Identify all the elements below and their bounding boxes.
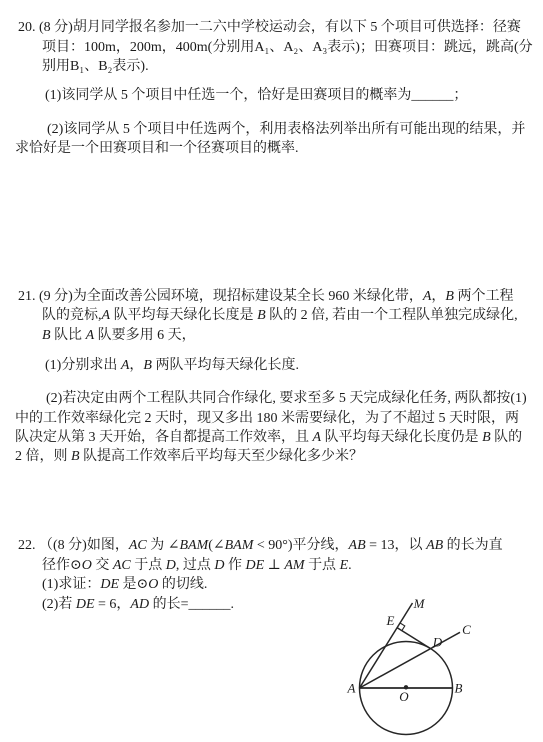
q20-part1: (1)该同学从 5 个项目中任选一个，恰好是田赛项目的概率为______； — [45, 87, 467, 104]
q22-part2: (2)若 DE = 6，AD 的长=______. — [42, 596, 234, 613]
label-c: C — [462, 622, 471, 637]
q22-line-1: 22. （(8 分)如图，AC 为 ∠BAM(∠BAM < 90°)平分线，AB… — [18, 537, 503, 554]
q21-part2: (2)若决定由两个工程队共同合作绿化, 要求至多 5 天完成绿化任务, 两队都按… — [46, 390, 527, 407]
q21-line-2: 队的竞标,A 队平均每天绿化长度是 B 队的 2 倍, 若由一个工程队单独完成绿… — [42, 307, 518, 324]
q22-line-2: 径作⊙O 交 AC 于点 D, 过点 D 作 DE ⊥ AM 于点 E. — [42, 557, 352, 574]
ray-ac — [360, 632, 461, 688]
q20-part2-cont: 求恰好是一个田赛项目和一个径赛项目的概率. — [15, 140, 299, 157]
q21-line-1: 21. (9 分)为全面改善公园环境，现招标建设某全长 960 米绿化带，A，B… — [18, 288, 513, 305]
q20-line-2: 项目：100m，200m，400m(分别用A₁、A₂、A₃表示)；田赛项目：跳远… — [42, 39, 533, 56]
q20-line-1: 20. (8 分)胡月同学报名参加一二六中学校运动会，有以下 5 个项目可供选择… — [18, 19, 521, 36]
q21-part2-cont-2: 队决定从第 3 天开始，各自都提高工作效率，且 A 队平均每天绿化长度仍是 B … — [15, 429, 522, 446]
q21-line-3: B 队比 A 队要多用 6 天， — [42, 327, 196, 344]
label-m: M — [413, 596, 426, 611]
label-o: O — [399, 689, 409, 704]
label-b: B — [455, 681, 463, 696]
segment-de — [397, 628, 430, 649]
q22-part1: (1)求证：DE 是⊙O 的切线. — [42, 576, 207, 593]
q21-part2-cont-3: 2 倍，则 B 队提高工作效率后平均每天至少绿化多少米？ — [15, 448, 363, 465]
geometry-figure: M E D C A O B — [330, 595, 525, 742]
label-d: D — [432, 635, 443, 650]
exam-page: 20. (8 分)胡月同学报名参加一二六中学校运动会，有以下 5 个项目可供选择… — [0, 0, 543, 742]
q21-part1: (1)分别求出 A，B 两队平均每天绿化长度. — [45, 357, 299, 374]
q20-line-3: 别用B₁、B₂表示). — [42, 58, 149, 75]
q21-part2-cont-1: 中的工作效率绿化完 2 天时，现又多出 180 米需要绿化，为了不超过 5 天时… — [15, 410, 519, 427]
label-e: E — [386, 613, 395, 628]
q20-part2: (2)该同学从 5 个项目中任选两个，利用表格法列举出所有可能出现的结果，并 — [47, 121, 525, 138]
label-a: A — [347, 681, 356, 696]
